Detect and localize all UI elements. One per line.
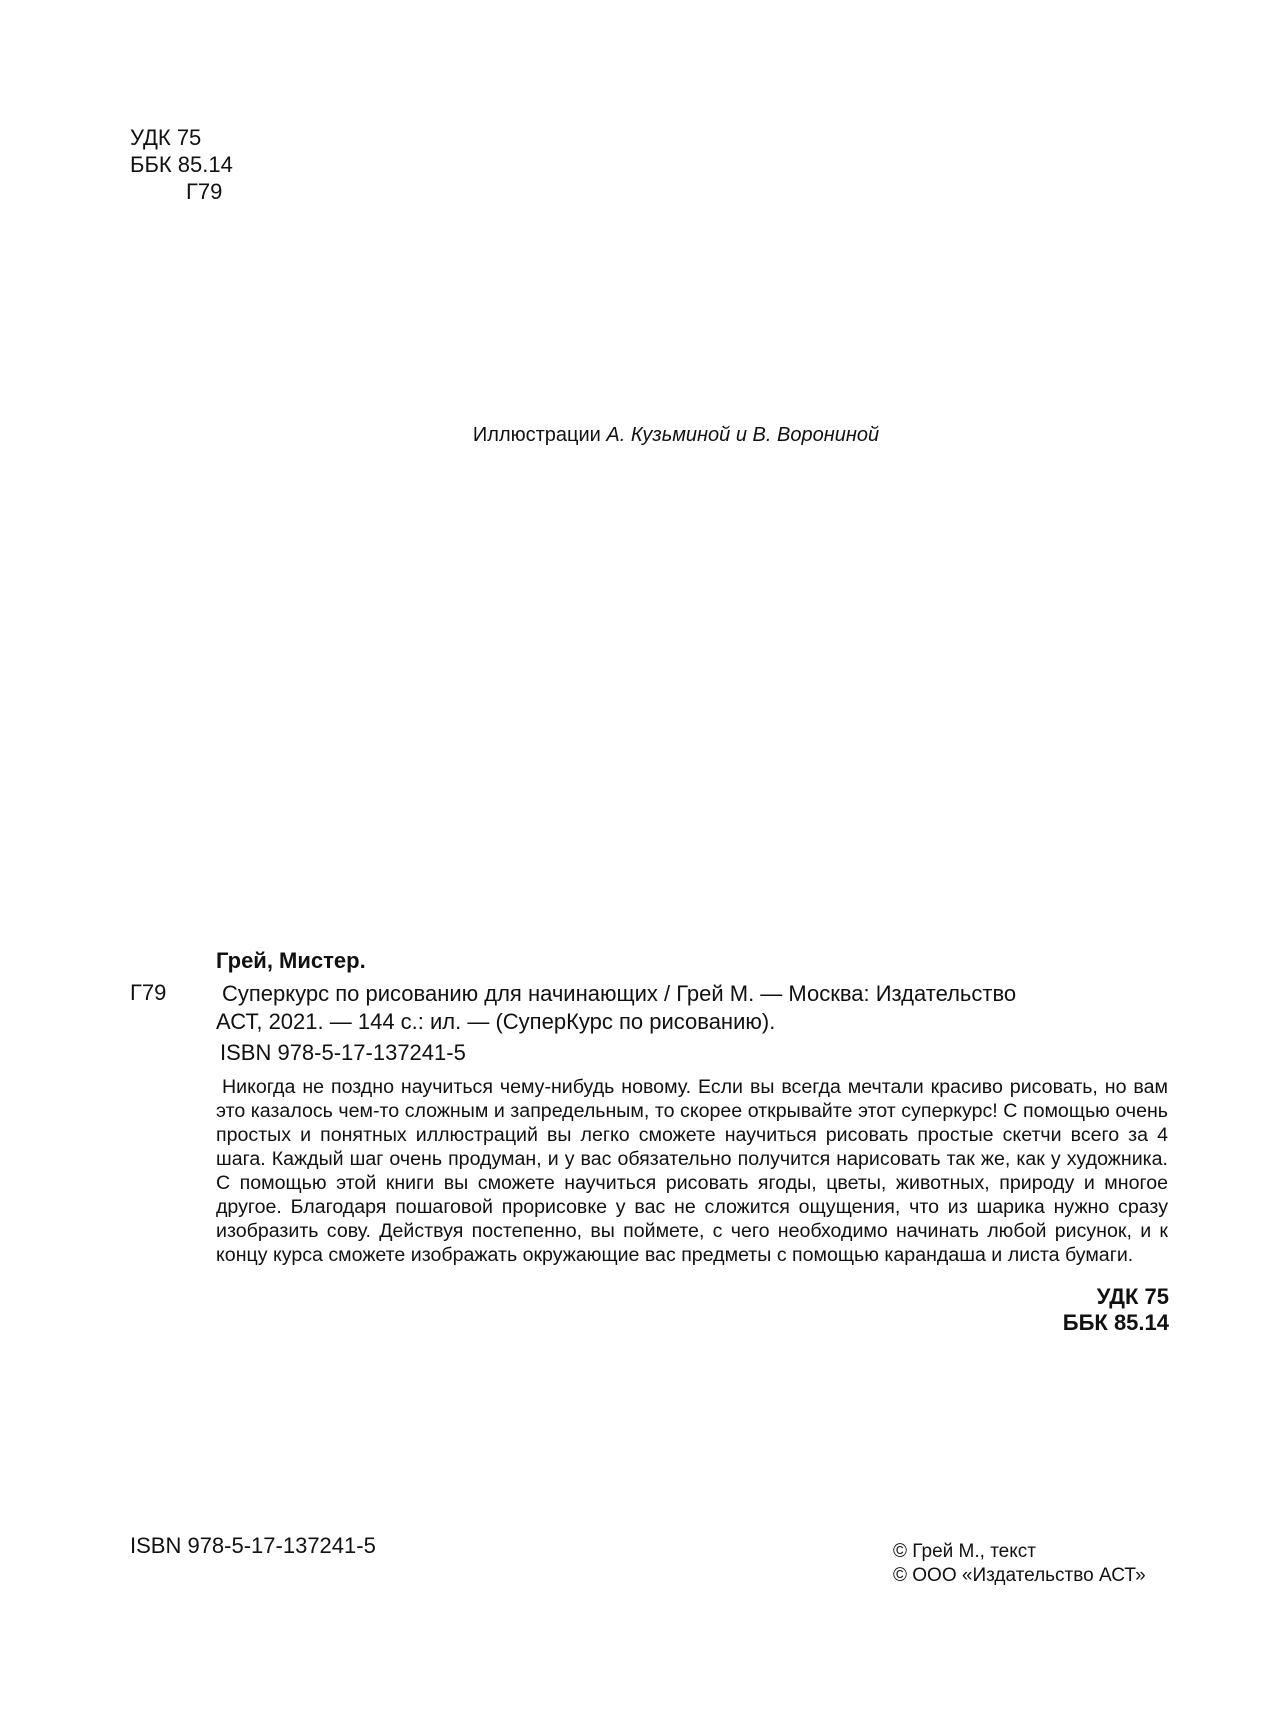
- bibliographic-title: Суперкурс по рисованию для начинающих / …: [216, 980, 1168, 1036]
- bibliographic-title-line1: Суперкурс по рисованию для начинающих / …: [222, 981, 1016, 1006]
- author-sign: Г79: [130, 178, 233, 205]
- classification-codes-bottom: УДК 75 ББК 85.14: [1063, 1284, 1169, 1336]
- copyright-author: © Грей М., текст: [893, 1540, 1146, 1564]
- bbk-code-bottom: ББК 85.14: [1063, 1310, 1169, 1336]
- footer-isbn: ISBN 978-5-17-137241-5: [130, 1533, 376, 1559]
- book-abstract: Никогда не поздно научиться чему-нибудь …: [216, 1075, 1168, 1267]
- illustrations-credit: Иллюстрации А. Кузьминой и В. Ворониной: [0, 424, 1270, 447]
- bibliographic-title-line2: АСТ, 2021. — 144 с.: ил. — (СуперКурс по…: [216, 1008, 1168, 1036]
- bibliographic-isbn: ISBN 978-5-17-137241-5: [220, 1040, 466, 1066]
- classification-codes-top: УДК 75 ББК 85.14 Г79: [130, 124, 233, 205]
- bibliographic-author: Грей, Мистер.: [216, 948, 366, 974]
- illustrations-prefix: Иллюстрации: [473, 424, 606, 446]
- copyright-block: © Грей М., текст © ООО «Издательство АСТ…: [893, 1540, 1146, 1588]
- bbk-code: ББК 85.14: [130, 151, 233, 178]
- udk-code-bottom: УДК 75: [1063, 1284, 1169, 1310]
- copyright-publisher: © ООО «Издательство АСТ»: [893, 1564, 1146, 1588]
- illustrator-names: А. Кузьминой и В. Ворониной: [606, 424, 879, 446]
- udk-code: УДК 75: [130, 124, 233, 151]
- bibliographic-author-sign: Г79: [130, 980, 166, 1006]
